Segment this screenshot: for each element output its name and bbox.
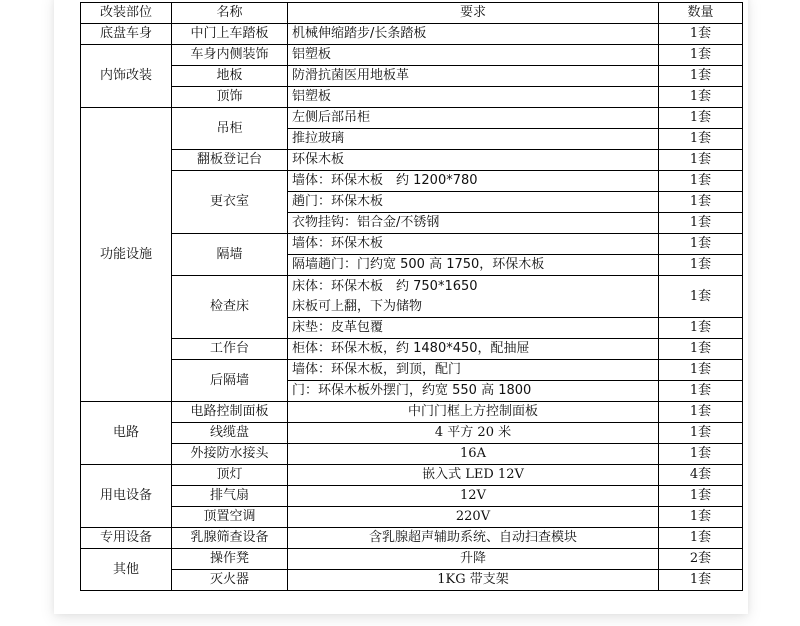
item-name: 乳腺筛查设备 — [172, 528, 288, 549]
item-quantity: 1套 — [659, 213, 743, 234]
item-quantity: 1套 — [659, 528, 743, 549]
item-requirement: 嵌入式 LED 12V — [288, 465, 659, 486]
item-name: 顶饰 — [172, 87, 288, 108]
table-row: 功能设施 吊柜 左侧后部吊柜 1套 — [81, 108, 743, 129]
item-name: 顶灯 — [172, 465, 288, 486]
item-requirement: 床垫：皮革包覆 — [288, 318, 659, 339]
item-quantity: 1套 — [659, 339, 743, 360]
item-quantity: 1套 — [659, 45, 743, 66]
item-requirement: 柜体：环保木板，约 1480*450，配抽屉 — [288, 339, 659, 360]
table-row: 顶饰 铝塑板 1套 — [81, 87, 743, 108]
table-row: 翻板登记台 环保木板 1套 — [81, 150, 743, 171]
table-row: 其他 操作凳 升降 2套 — [81, 549, 743, 570]
item-quantity: 1套 — [659, 486, 743, 507]
item-requirement: 16A — [288, 444, 659, 465]
table-row: 隔墙 墙体：环保木板 1套 — [81, 234, 743, 255]
table-row: 地板 防滑抗菌医用地板革 1套 — [81, 66, 743, 87]
table-row: 排气扇 12V 1套 — [81, 486, 743, 507]
item-name: 隔墙 — [172, 234, 288, 276]
item-requirement: 推拉玻璃 — [288, 129, 659, 150]
item-requirement: 床体：环保木板 约 750*1650 床板可上翻，下为储物 — [288, 276, 659, 318]
table-row: 检查床 床体：环保木板 约 750*1650 床板可上翻，下为储物 1套 — [81, 276, 743, 318]
section-cell-chassis: 底盘车身 — [81, 24, 172, 45]
table-row: 用电设备 顶灯 嵌入式 LED 12V 4套 — [81, 465, 743, 486]
header-name: 名称 — [172, 3, 288, 24]
item-requirement: 铝塑板 — [288, 45, 659, 66]
item-quantity: 1套 — [659, 423, 743, 444]
item-name: 线缆盘 — [172, 423, 288, 444]
item-quantity: 1套 — [659, 171, 743, 192]
header-requirement: 要求 — [288, 3, 659, 24]
item-requirement: 墙体：环保木板 — [288, 234, 659, 255]
item-requirement: 墙体：环保木板，到顶，配门 — [288, 360, 659, 381]
table-row: 后隔墙 墙体：环保木板，到顶，配门 1套 — [81, 360, 743, 381]
item-quantity: 1套 — [659, 24, 743, 45]
table-header-row: 改装部位 名称 要求 数量 — [81, 3, 743, 24]
item-requirement: 隔墙趟门：门约宽 500 高 1750，环保木板 — [288, 255, 659, 276]
item-quantity: 1套 — [659, 276, 743, 318]
item-quantity: 1套 — [659, 402, 743, 423]
item-name: 电路控制面板 — [172, 402, 288, 423]
item-quantity: 1套 — [659, 360, 743, 381]
item-quantity: 1套 — [659, 570, 743, 591]
table-row: 外接防水接头 16A 1套 — [81, 444, 743, 465]
section-cell-special: 专用设备 — [81, 528, 172, 549]
item-quantity: 1套 — [659, 192, 743, 213]
item-quantity: 1套 — [659, 234, 743, 255]
item-name: 更衣室 — [172, 171, 288, 234]
item-quantity: 1套 — [659, 66, 743, 87]
header-quantity: 数量 — [659, 3, 743, 24]
table-row: 电路 电路控制面板 中门门框上方控制面板 1套 — [81, 402, 743, 423]
item-quantity: 1套 — [659, 255, 743, 276]
header-section: 改装部位 — [81, 3, 172, 24]
item-name: 车身内侧装饰 — [172, 45, 288, 66]
item-requirement: 门：环保木板外摆门，约宽 550 高 1800 — [288, 381, 659, 402]
table-row: 工作台 柜体：环保木板，约 1480*450，配抽屉 1套 — [81, 339, 743, 360]
table-row: 专用设备 乳腺筛查设备 含乳腺超声辅助系统、自动扫查模块 1套 — [81, 528, 743, 549]
item-requirement-line-1: 床体：环保木板 约 750*1650 — [292, 277, 654, 297]
item-requirement: 墙体：环保木板 约 1200*780 — [288, 171, 659, 192]
item-requirement-line-2: 床板可上翻，下为储物 — [292, 297, 654, 317]
item-quantity: 1套 — [659, 507, 743, 528]
item-quantity: 4套 — [659, 465, 743, 486]
table-row: 底盘车身 中门上车踏板 机械伸缩踏步/长条踏板 1套 — [81, 24, 743, 45]
item-requirement: 12V — [288, 486, 659, 507]
item-name: 地板 — [172, 66, 288, 87]
item-requirement: 1KG 带支架 — [288, 570, 659, 591]
item-requirement: 220V — [288, 507, 659, 528]
item-name: 灭火器 — [172, 570, 288, 591]
item-requirement: 中门门框上方控制面板 — [288, 402, 659, 423]
item-requirement: 趟门：环保木板 — [288, 192, 659, 213]
item-requirement: 衣物挂钩：铝合金/不锈钢 — [288, 213, 659, 234]
item-quantity: 1套 — [659, 381, 743, 402]
item-requirement: 防滑抗菌医用地板革 — [288, 66, 659, 87]
section-cell-other: 其他 — [81, 549, 172, 591]
item-quantity: 1套 — [659, 444, 743, 465]
item-name: 检查床 — [172, 276, 288, 339]
item-name: 工作台 — [172, 339, 288, 360]
item-quantity: 1套 — [659, 318, 743, 339]
table-row: 灭火器 1KG 带支架 1套 — [81, 570, 743, 591]
item-requirement: 铝塑板 — [288, 87, 659, 108]
item-name: 操作凳 — [172, 549, 288, 570]
item-name: 后隔墙 — [172, 360, 288, 402]
section-cell-interior: 内饰改装 — [81, 45, 172, 108]
table-row: 内饰改装 车身内侧装饰 铝塑板 1套 — [81, 45, 743, 66]
item-requirement: 4 平方 20 米 — [288, 423, 659, 444]
item-name: 翻板登记台 — [172, 150, 288, 171]
item-name: 排气扇 — [172, 486, 288, 507]
item-name: 顶置空调 — [172, 507, 288, 528]
item-requirement: 环保木板 — [288, 150, 659, 171]
section-cell-electrical: 用电设备 — [81, 465, 172, 528]
table-row: 线缆盘 4 平方 20 米 1套 — [81, 423, 743, 444]
section-cell-circuit: 电路 — [81, 402, 172, 465]
item-quantity: 1套 — [659, 108, 743, 129]
section-cell-functional: 功能设施 — [81, 108, 172, 402]
item-quantity: 1套 — [659, 150, 743, 171]
table-row: 更衣室 墙体：环保木板 约 1200*780 1套 — [81, 171, 743, 192]
item-requirement: 升降 — [288, 549, 659, 570]
item-quantity: 1套 — [659, 87, 743, 108]
item-name: 吊柜 — [172, 108, 288, 150]
item-requirement: 含乳腺超声辅助系统、自动扫查模块 — [288, 528, 659, 549]
table-row: 顶置空调 220V 1套 — [81, 507, 743, 528]
item-quantity: 1套 — [659, 129, 743, 150]
item-name: 外接防水接头 — [172, 444, 288, 465]
item-quantity: 2套 — [659, 549, 743, 570]
item-requirement: 左侧后部吊柜 — [288, 108, 659, 129]
item-name: 中门上车踏板 — [172, 24, 288, 45]
item-requirement: 机械伸缩踏步/长条踏板 — [288, 24, 659, 45]
modification-spec-table: 改装部位 名称 要求 数量 底盘车身 中门上车踏板 机械伸缩踏步/长条踏板 1套… — [80, 2, 743, 591]
